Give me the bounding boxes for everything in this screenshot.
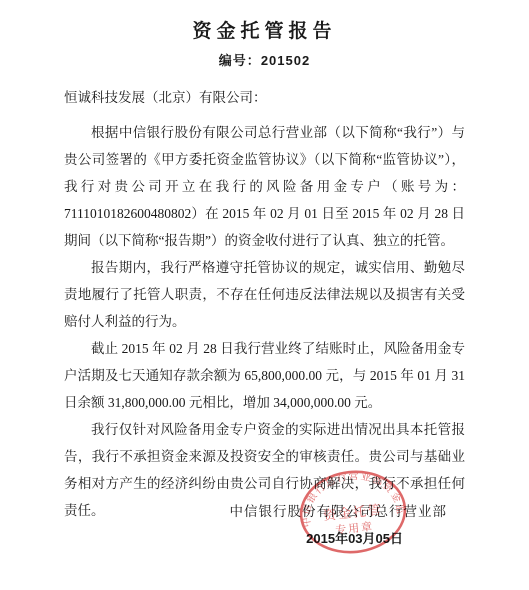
paragraph-balance: 截止 2015 年 02 月 28 日我行营业终了结账时止，风险备用金专户活期及…	[64, 335, 465, 416]
recipient-line: 恒诚科技发展（北京）有限公司：	[64, 84, 465, 111]
signature-date: 2015年03月05日	[306, 528, 403, 547]
document-number-label: 编号：	[219, 53, 261, 68]
document-title: 资金托管报告	[0, 16, 529, 43]
document-number-line: 编号：201502	[0, 50, 529, 69]
paragraph-agreement: 根据中信银行股份有限公司总行营业部（以下简称“我行”）与贵公司签署的《甲方委托资…	[64, 119, 465, 254]
custody-report-page: 资金托管报告 编号：201502 恒诚科技发展（北京）有限公司： 根据中信银行股…	[0, 0, 529, 590]
signature-line: 中信银行股份有限公司总行营业部	[230, 500, 448, 520]
document-body: 恒诚科技发展（北京）有限公司： 根据中信银行股份有限公司总行营业部（以下简称“我…	[64, 84, 465, 524]
document-number-value: 201502	[261, 53, 310, 68]
paragraph-compliance: 报告期内，我行严格遵守托管协议的规定，诚实信用、勤勉尽责地履行了托管人职责，不存…	[64, 254, 465, 335]
